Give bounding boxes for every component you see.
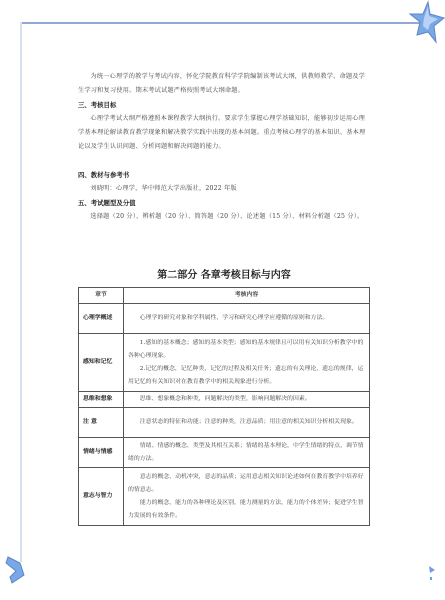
content-cell: 思维、想象概念和种类，问题解决的类型，影响问题解决的因素。 [124, 392, 370, 408]
section-text-assessment-goals: 心理学考试大纲严格遵照本课程教学大纲执行。要求学生掌握心理学基础知识，能够初步运… [78, 112, 370, 154]
content-text: 能力的概念，能力的各种理论及区别，能力测量的方法，能力的个体差异；促进学生智力发… [128, 497, 365, 523]
table-header-row: 章节 考核内容 [79, 288, 370, 304]
intro-paragraph: 为统一心理学的教学与考试内容，怀化学院教育科学学院编制该考试大纲，供教师教学、命… [78, 70, 370, 98]
content-cell: 注意状态的特征和功能；注意的种类，注意品质；用注意的相关知识分析相关现象。 [124, 408, 370, 438]
chevron-decoration-icon [4, 555, 26, 585]
content-text: 心理学的研究对象和学科属性，学习和研究心理学应遵循的原则和方法。 [128, 312, 365, 325]
table-row: 感知和记忆 1.感知的基本概念；感知的基本类型；感知的基本规律且可以用有关知识分… [79, 334, 370, 392]
star-decoration-icon [390, 0, 445, 55]
chapter-cell: 情绪与情感 [79, 438, 124, 468]
content-text: 2.记忆的概念，记忆种类，记忆的过程及相关任务；遗忘的有关理论，遗忘的规律，运用… [128, 363, 365, 389]
header-chapter: 章节 [79, 288, 124, 304]
section-text-exam-types: 选择题（20 分）、辨析题（20 分）、简答题（20 分）、论述题（15 分）、… [78, 210, 370, 224]
content-text: 注意状态的特征和功能；注意的种类，注意品质；用注意的相关知识分析相关现象。 [128, 416, 365, 429]
section-text-textbooks: 刘晓明：心理学，华中师范大学出版社，2022 年版 [78, 182, 370, 196]
table-row: 思维和想象 思维、想象概念和种类，问题解决的类型，影响问题解决的因素。 [79, 392, 370, 408]
corner-mark-icon [428, 565, 436, 581]
content-cell: 心理学的研究对象和学科属性，学习和研究心理学应遵循的原则和方法。 [124, 304, 370, 334]
chapter-assessment-table: 章节 考核内容 心理学概述 心理学的研究对象和学科属性，学习和研究心理学应遵循的… [78, 287, 370, 526]
content-cell: 1.感知的基本概念；感知的基本类型；感知的基本规律且可以用有关知识分析教学中的各… [124, 334, 370, 392]
table-row: 注 意 注意状态的特征和功能；注意的种类，注意品质；用注意的相关知识分析相关现象… [79, 408, 370, 438]
chapter-cell: 意志与智力 [79, 468, 124, 526]
chapter-cell: 心理学概述 [79, 304, 124, 334]
content-text: 情绪、情感的概念，类型及其相互关系；情绪的基本理论，中学生情绪的特点，调节情绪的… [128, 440, 365, 466]
content-cell: 情绪、情感的概念，类型及其相互关系；情绪的基本理论，中学生情绪的特点，调节情绪的… [124, 438, 370, 468]
content-text: 1.感知的基本概念；感知的基本类型；感知的基本规律且可以用有关知识分析教学中的各… [128, 337, 365, 363]
section-heading-assessment-goals: 三、考核目标 [78, 98, 370, 112]
content-cell: 意志的概念，动机冲突，意志的品质；运用意志相关知识论述如何在教育教学中培养好的情… [124, 468, 370, 526]
content-text: 思维、想象概念和种类，问题解决的类型，影响问题解决的因素。 [128, 393, 365, 406]
content-text: 意志的概念，动机冲突，意志的品质；运用意志相关知识论述如何在教育教学中培养好的情… [128, 471, 365, 497]
page-frame-top-border [20, 22, 420, 24]
page-frame-left-border [20, 22, 22, 562]
chapter-cell: 思维和想象 [79, 392, 124, 408]
table-row: 情绪与情感 情绪、情感的概念，类型及其相互关系；情绪的基本理论，中学生情绪的特点… [79, 438, 370, 468]
header-content: 考核内容 [124, 288, 370, 304]
part-title: 第二部分 各章考核目标与内容 [78, 266, 370, 281]
chapter-cell: 感知和记忆 [79, 334, 124, 392]
section-heading-textbooks: 四、教材与参考书 [78, 168, 370, 182]
section-heading-exam-types: 五、考试题型及分值 [78, 196, 370, 210]
table-row: 心理学概述 心理学的研究对象和学科属性，学习和研究心理学应遵循的原则和方法。 [79, 304, 370, 334]
table-row: 意志与智力 意志的概念，动机冲突，意志的品质；运用意志相关知识论述如何在教育教学… [79, 468, 370, 526]
chapter-cell: 注 意 [79, 408, 124, 438]
